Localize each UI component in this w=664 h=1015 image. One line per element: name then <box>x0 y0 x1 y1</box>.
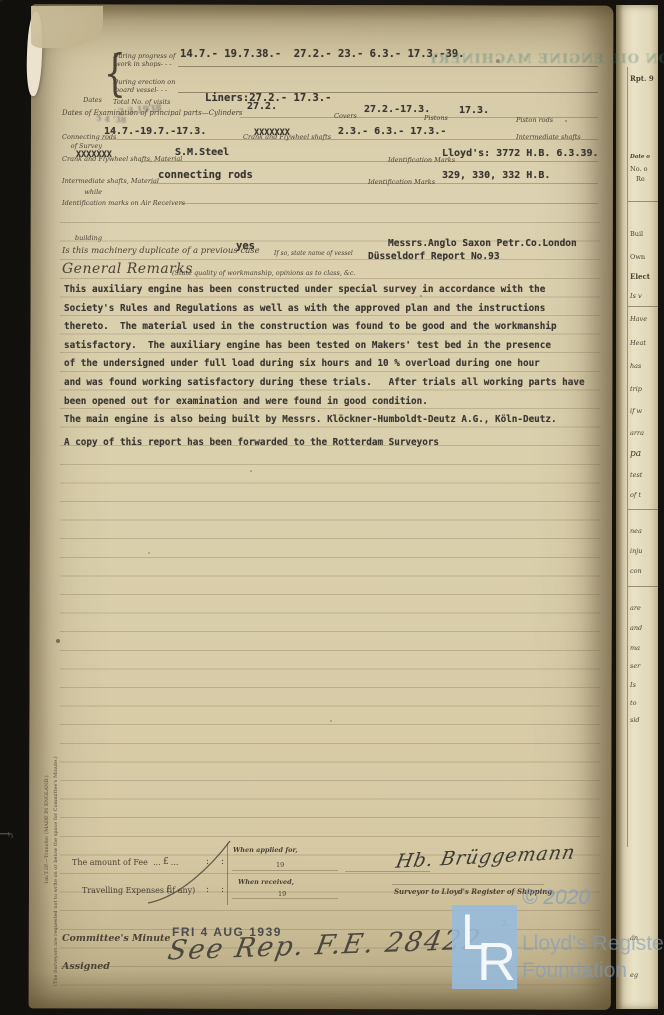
side-page-fragment: Own <box>630 253 645 261</box>
watermark-copyright: © 2020 <box>522 886 590 910</box>
received-year: 19 <box>278 890 286 898</box>
side-page-fragment: if w <box>630 407 642 415</box>
duplicate-answer: yes <box>236 240 255 252</box>
intermediate-material-value: connecting rods <box>158 169 253 181</box>
side-page-fragment: ser <box>630 662 640 670</box>
committee-minute-label: Committee's Minute <box>62 933 170 944</box>
crank-material-strikeout: XXXXXXX <box>76 150 112 160</box>
remarks-line: thereto. The material used in the constr… <box>64 318 604 337</box>
side-page-fragment: Re <box>636 175 645 183</box>
adjacent-page-divider <box>628 586 658 587</box>
margin-surveyor-note: (The Surveyors are requested not to writ… <box>53 752 59 986</box>
pen-stroke <box>140 833 260 911</box>
assigned-label: Assigned <box>62 961 110 972</box>
erection-label: board vessel- - - <box>115 86 167 94</box>
pencil-mark: f <box>0 830 14 838</box>
side-page-fragment: inju <box>630 547 642 555</box>
remarks-paragraph: This auxiliary engine has been construct… <box>64 281 604 452</box>
remarks-line: and was found working satisfactory durin… <box>64 374 604 393</box>
crank-id-value: Lloyd's: 3772 H.B. 6.3.39. <box>442 148 599 159</box>
erection-label: During erection on <box>113 78 175 86</box>
crank-material-value: S.M.Steel <box>175 147 229 158</box>
side-page-fragment: Buil <box>630 230 643 238</box>
survey-label-line: while <box>66 188 102 196</box>
logo-letter-r: R <box>477 931 516 993</box>
side-page-fragment: Is <box>630 681 636 689</box>
side-page-fragment: Date o <box>630 154 650 160</box>
scanned-document: Rpt. 9 Date o No. o Re Buil Own Elect Is… <box>0 0 664 1015</box>
crank-strikeout: XXXXXXX <box>254 128 290 138</box>
pistons-label: Pistons <box>424 114 448 122</box>
side-page-fragment: con <box>630 567 642 575</box>
remarks-line: Society's Rules and Regulations as well … <box>64 300 604 319</box>
adjacent-page-border-line <box>627 67 628 847</box>
side-page-fragment: sid <box>630 716 640 724</box>
adjacent-page-edge: Rpt. 9 Date o No. o Re Buil Own Elect Is… <box>616 5 658 1009</box>
remarks-line: been opened out for examination and were… <box>64 393 604 412</box>
side-page-fragment: Is v <box>630 292 642 300</box>
general-remarks-subheading: (State quality of workmanship, opinions … <box>172 269 355 277</box>
intermediate-id-value: 329, 330, 332 H.B. <box>442 170 550 181</box>
side-page-fragment: arra <box>630 429 644 437</box>
connecting-rods-value: 14.7.-19.7.-17.3. <box>104 126 206 137</box>
duplicate-question: Is this machinery duplicate of a previou… <box>62 246 260 256</box>
progress-label: During progress of <box>113 52 175 60</box>
pistons-value: 17.3. <box>459 105 489 116</box>
air-receivers-label: Identification marks on Air Receivers <box>62 199 185 207</box>
side-page-fragment: trip <box>630 385 642 393</box>
survey-label-line: of Survey <box>66 142 102 150</box>
ink-bleedthrough-text: REPORT ON OIL ENGINE MACHINERY <box>428 52 664 67</box>
side-page-fragment: of t <box>630 491 641 499</box>
side-page-fragment: Elect <box>630 272 650 281</box>
paper-specks <box>0 0 2 2</box>
progress-label: work in shops- - - <box>115 60 172 68</box>
survey-label-line: building <box>66 234 102 242</box>
side-page-fragment: are <box>630 604 641 612</box>
remarks-line: A copy of this report has been forwarded… <box>64 434 604 453</box>
side-page-fragment: and <box>630 624 642 632</box>
covers-label: Covers <box>334 112 357 120</box>
side-page-fragment: ma <box>630 644 640 652</box>
remarks-line: of the undersigned under full load durin… <box>64 355 604 374</box>
examination-row-label: Dates of Examination of principal parts—… <box>62 109 243 117</box>
side-page-fragment: to <box>630 699 637 707</box>
adjacent-page-divider <box>628 509 658 510</box>
identification-marks-label: Identification Marks <box>368 178 435 186</box>
side-page-fragment: test <box>630 471 642 479</box>
side-page-fragment: Have <box>630 315 647 323</box>
vessel-value-line1: Messrs.Anglo Saxon Petr.Co.London <box>388 238 577 249</box>
side-page-fragment: Heat <box>630 339 646 347</box>
watermark-line1: Lloyd's Register <box>522 932 664 956</box>
adjacent-page-divider <box>628 201 658 202</box>
progress-dates-value: 14.7.- 19.7.38.- 27.2.- 23.- 6.3.- 17.3.… <box>180 48 464 60</box>
adjacent-page-divider <box>628 306 658 307</box>
side-page-fragment: nea <box>630 527 642 535</box>
intermediate-material-label: Intermediate shafts, Material <box>62 177 159 185</box>
remarks-line: satisfactory. The auxiliary engine has b… <box>64 337 604 356</box>
remarks-line: This auxiliary engine has been construct… <box>64 281 604 300</box>
survey-label-line: Dates <box>66 96 102 104</box>
margin-print-code: 1m.T.2P.—Transfer. (MADE IN ENGLAND.) <box>44 752 50 884</box>
side-page-fragment: eg <box>630 971 638 979</box>
covers-value: 27.2.-17.3. <box>364 104 430 115</box>
cylinders-value: 27.2. <box>247 101 277 112</box>
vessel-name-hint: If so, state name of vessel <box>274 250 353 257</box>
vessel-value-line2: Düsseldorf Report No.93 <box>368 251 500 262</box>
side-page-fragment: No. o <box>630 165 648 173</box>
crank-shafts-value: 2.3.- 6.3.- 17.3.- <box>338 126 446 137</box>
side-page-fragment: has <box>630 362 641 370</box>
applied-year: 19 <box>276 861 284 869</box>
remarks-line: The main engine is also being built by M… <box>64 411 604 430</box>
watermark-line2: Foundation <box>522 959 627 983</box>
side-page-handwriting: pa <box>630 449 641 459</box>
side-page-fragment: Rpt. 9 <box>630 74 654 83</box>
lr-foundation-logo: L R <box>452 905 517 989</box>
